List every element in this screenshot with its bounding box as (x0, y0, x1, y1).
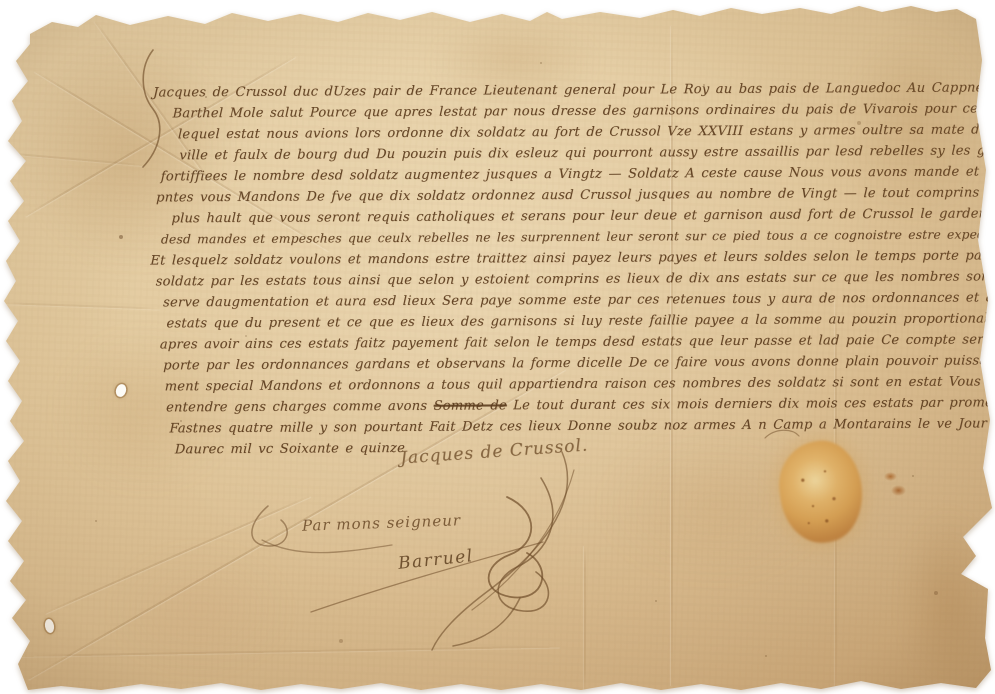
manuscript-paper: Jacques de Crussol duc dUzes pair de Fra… (0, 0, 995, 694)
edge-vignette (0, 0, 995, 694)
paper-wrap: Jacques de Crussol duc dUzes pair de Fra… (0, 0, 995, 694)
ink-specks (0, 0, 2, 2)
photograph-background: Jacques de Crussol duc dUzes pair de Fra… (0, 0, 995, 694)
